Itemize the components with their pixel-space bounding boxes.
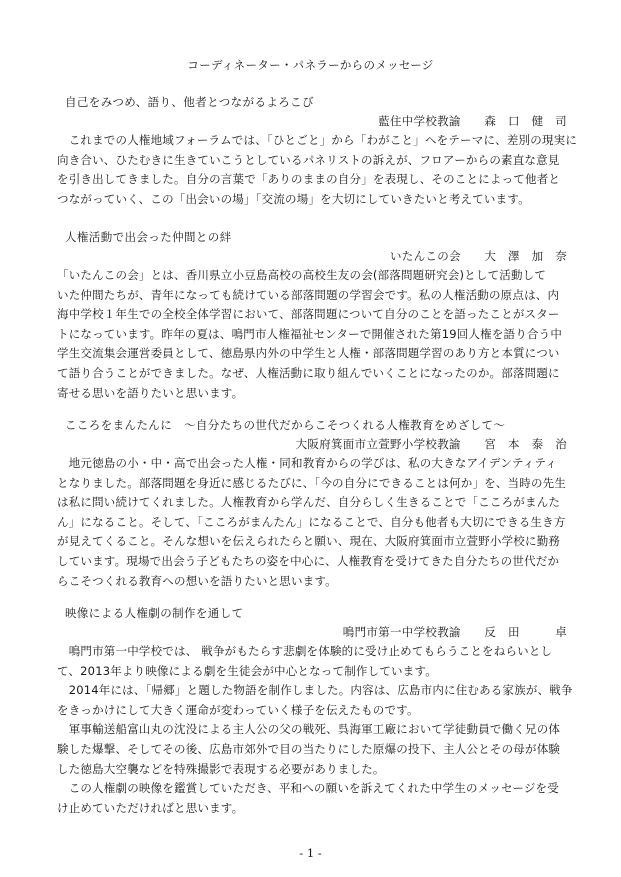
section-author: いたんこの会 大 澤 加 奈 — [57, 247, 567, 266]
page-number: - 1 - — [0, 846, 621, 860]
body-line: 海中学校１年生での全校全体学習において、部落問題について自分のことを語ったことが… — [57, 305, 567, 325]
body-line: て語り合うことができました。なぜ、人権活動に取り組んでいくことになったのか。部落… — [57, 364, 567, 384]
body-line: となりました。部落問題を身近に感じるたびに、「今の自分にできることは何か」を、当… — [57, 474, 567, 494]
message-section-4: 映像による人権劇の制作を通して 鳴門市第一中学校教諭 反 田 卓 鳴門市第一中学… — [57, 603, 567, 818]
body-line: け止めていただければと思います。 — [57, 799, 567, 819]
body-line: トになっています。昨年の夏は、鳴門市人権福祉センターで開催された第19回人権を語… — [57, 325, 567, 345]
body-line: 寄せる思いを語りたいと思います。 — [57, 384, 567, 404]
section-heading: 人権活動で出会った仲間との絆 — [57, 227, 567, 247]
body-line: 軍事輸送船富山丸の沈没による主人公の父の戦死、呉海軍工廠において学徒動員で働く兄… — [57, 720, 567, 740]
body-line: この人権劇の映像を鑑賞していただき、平和への願いを訴えてくれた中学生のメッセージ… — [57, 779, 567, 799]
body-line: が見えてくること。そんな想いを伝えられたらと願い、現在、大阪府箕面市立萱野小学校… — [57, 532, 567, 552]
section-author: 藍住中学校教諭 森 口 健 司 — [57, 112, 567, 131]
section-author: 鳴門市第一中学校教諭 反 田 卓 — [57, 623, 567, 642]
body-line: らこそつくれる教育への想いを語りたいと思います。 — [57, 572, 567, 592]
section-author: 大阪府箕面市立萱野小学校教諭 宮 本 泰 治 — [57, 435, 567, 454]
body-line: 験した爆撃、そしてその後、広島市郊外で目の当たりにした原爆の投下、主人公とその母… — [57, 740, 567, 760]
body-line: をきっかけにして大きく運命が変わっていく様子を伝えたものです。 — [57, 701, 567, 721]
message-section-1: 自己をみつめ、語り、他者とつながるよろこび 藍住中学校教諭 森 口 健 司 これ… — [57, 92, 567, 209]
body-line: 鳴門市第一中学校では、 戦争がもたらす悲劇を体験的に受け止めてもらうことをねらい… — [57, 642, 567, 662]
section-heading: 映像による人権劇の制作を通して — [57, 603, 567, 623]
body-line: て、2013年より映像による劇を生徒会が中心となって制作しています。 — [57, 662, 567, 682]
document-page: コーディネーター・パネラーからのメッセージ 自己をみつめ、語り、他者とつながるよ… — [0, 0, 621, 877]
body-line: 学生交流集会運営委員として、徳島県内外の中学生と人権・部落問題学習のあり方と本質… — [57, 344, 567, 364]
body-line: いた仲間たちが、青年になっても続けている部落問題の学習会です。私の人権活動の原点… — [57, 286, 567, 306]
section-heading: 自己をみつめ、語り、他者とつながるよろこび — [57, 92, 567, 112]
message-section-2: 人権活動で出会った仲間との絆 いたんこの会 大 澤 加 奈 「いたんこの会」とは… — [57, 227, 567, 403]
body-line: 向き合い、ひたむきに生きていこうとしているパネリストの訴えが、フロアーからの素直… — [57, 151, 567, 171]
body-line: 2014年には、「帰郷」と題した物語を制作しました。内容は、広島市内に住むある家… — [57, 681, 567, 701]
body-line: 「いたんこの会」とは、香川県立小豆島高校の高校生友の会(部落問題研究会)として活… — [57, 266, 567, 286]
body-line: は私に問い続けてくれました。人権教育から学んだ、自分らしく生きることで「こころが… — [57, 493, 567, 513]
message-section-3: こころをまんたんに ～自分たちの世代だからこそつくれる人権教育をめざして～ 大阪… — [57, 415, 567, 591]
body-line: 地元徳島の小・中・高で出会った人権・同和教育からの学びは、私の大きなアイデンティ… — [57, 454, 567, 474]
body-line: した徳島大空襲などを特殊撮影で表現する必要がありました。 — [57, 760, 567, 780]
body-line: つながっていく、この「出会いの場」「交流の場」を大切にしていきたいと考えています… — [57, 190, 567, 210]
body-line: を引き出してきました。自分の言葉で「ありのままの自分」を表現し、そのことによって… — [57, 170, 567, 190]
section-heading: こころをまんたんに ～自分たちの世代だからこそつくれる人権教育をめざして～ — [57, 415, 567, 435]
body-line: これまでの人権地域フォーラムでは、「ひとごと」から「わがこと」へをテーマに、差別… — [57, 131, 567, 151]
page-title: コーディネーター・パネラーからのメッセージ — [0, 57, 621, 73]
body-line: ん」になること。そして、「こころがまんたん」になることで、自分も他者も大切にでき… — [57, 513, 567, 533]
body-line: しています。現場で出会う子どもたちの姿を中心に、人権教育を受けてきた自分たちの世… — [57, 552, 567, 572]
